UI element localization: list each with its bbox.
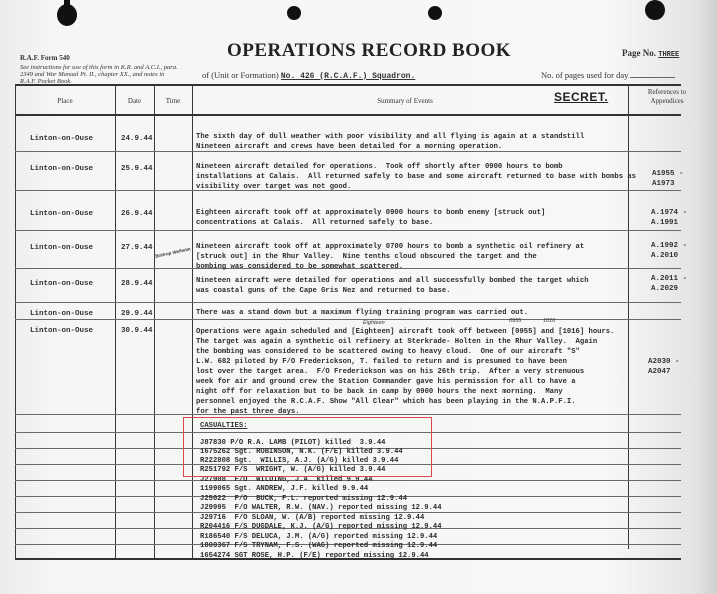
handwritten-time-1: 0955 (509, 318, 521, 324)
entry-date: 29.9.44 (121, 310, 153, 318)
entry-references: A.1992 - A.2010 (651, 241, 687, 261)
entry-place: Linton-on-Ouse (30, 310, 93, 318)
entry-summary: Eighteen aircraft took off at approximat… (196, 208, 545, 228)
column-header-date: Date (115, 97, 154, 105)
entry-place: Linton-on-Ouse (30, 210, 93, 218)
page-no-label: Page No. (622, 48, 656, 58)
entry-summary: Operations were again scheduled and [Eig… (196, 327, 614, 417)
casualty-row: R204416 F/S DUGDALE, K.J. (A/G) reported… (200, 523, 442, 532)
entry-references: A.2011 - A.2029 (651, 274, 687, 294)
punch-hole (287, 6, 301, 20)
pages-used-label: No. of pages used for day (541, 70, 628, 80)
handwritten-time-2: 1016 (543, 318, 555, 324)
secret-stamp: SECRET. (554, 90, 608, 104)
entry-date: 25.9.44 (121, 165, 153, 173)
row-rule (15, 230, 681, 231)
column-header-place: Place (15, 97, 115, 105)
pages-used-line: No. of pages used for day (541, 70, 675, 80)
page-title: OPERATIONS RECORD BOOK (227, 40, 511, 62)
casualty-row: 1199065 Sgt. ANDREW, J.F. killed 9.9.44 (200, 485, 368, 494)
casualties-highlight-box (183, 417, 432, 477)
casualty-row: J29716 F/O SLOAN, W. (A/B) reported miss… (200, 514, 424, 523)
handwritten-eighteen: Eighteen (363, 320, 385, 326)
casualty-row: 1654274 SGT ROSE, H.P. (F/E) reported mi… (200, 552, 429, 561)
pages-used-value (630, 77, 675, 78)
row-rule (15, 319, 681, 320)
casualty-row: 1800367 F/S TRYNAM, F.S. (WAG) reported … (200, 542, 437, 551)
entry-references: A1955 - A1973 (652, 169, 684, 189)
entry-references: A.1974 - A.1991 (651, 208, 687, 228)
form-name: R.A.F. Form 540 (20, 55, 180, 62)
entry-place: Linton-on-Ouse (30, 327, 93, 335)
entry-summary: Nineteen aircraft were detailed for oper… (196, 276, 589, 296)
entry-summary: There was a stand down but a maximum fly… (196, 308, 528, 318)
unit-line: of (Unit or Formation) No. 426 (R.C.A.F.… (202, 70, 415, 81)
entry-references: A2030 - A2047 (648, 357, 680, 377)
casualty-row: R186540 F/S DELUCA, J.M. (A/G) reported … (200, 533, 437, 542)
entry-date: 30.9.44 (121, 327, 153, 335)
entry-summary: Nineteen aircraft detailed for operation… (196, 162, 636, 192)
casualty-row: J27908 F/O WILDING, J.A. killed 9.9.44 (200, 476, 373, 485)
form-identifier: R.A.F. Form 540 See instructions for use… (20, 55, 180, 85)
column-divider (15, 84, 16, 559)
column-header-summary: Summary of Events (330, 97, 480, 105)
entry-summary: Nineteen aircraft took off at approximat… (196, 242, 584, 272)
row-rule (15, 302, 681, 303)
unit-label: of (Unit or Formation) (202, 70, 279, 80)
time-annotation: Bottrop Welheim (155, 246, 191, 258)
entry-place: Linton-on-Ouse (30, 244, 93, 252)
column-divider (154, 84, 155, 559)
header-rule (15, 114, 681, 116)
form-instructions: See instructions for use of this form in… (20, 64, 180, 85)
document-page: R.A.F. Form 540 See instructions for use… (0, 0, 717, 594)
entry-date: 27.9.44 (121, 244, 153, 252)
punch-hole (57, 4, 77, 26)
page-no-value: THREE (658, 51, 679, 59)
entry-summary: The sixth day of dull weather with poor … (196, 132, 584, 152)
casualty-row: J25022 F/O BUCK, F.L. reported missing 1… (200, 495, 407, 504)
entry-date: 28.9.44 (121, 280, 153, 288)
punch-hole (428, 6, 442, 20)
entry-place: Linton-on-Ouse (30, 165, 93, 173)
entry-date: 26.9.44 (121, 210, 153, 218)
unit-value: No. 426 (R.C.A.F.) Squadron. (281, 72, 415, 81)
page-number: Page No. THREE (622, 48, 679, 59)
punch-hole (645, 0, 665, 20)
entry-place: Linton-on-Ouse (30, 280, 93, 288)
entry-place: Linton-on-Ouse (30, 135, 93, 143)
entry-date: 24.9.44 (121, 135, 153, 143)
casualty-row: J29995 F/O WALTER, R.W. (NAV.) reported … (200, 504, 442, 513)
column-divider (115, 84, 116, 559)
column-divider (192, 84, 193, 559)
column-header-time: Time (154, 97, 192, 105)
column-header-references: References to Appendices (632, 88, 702, 106)
